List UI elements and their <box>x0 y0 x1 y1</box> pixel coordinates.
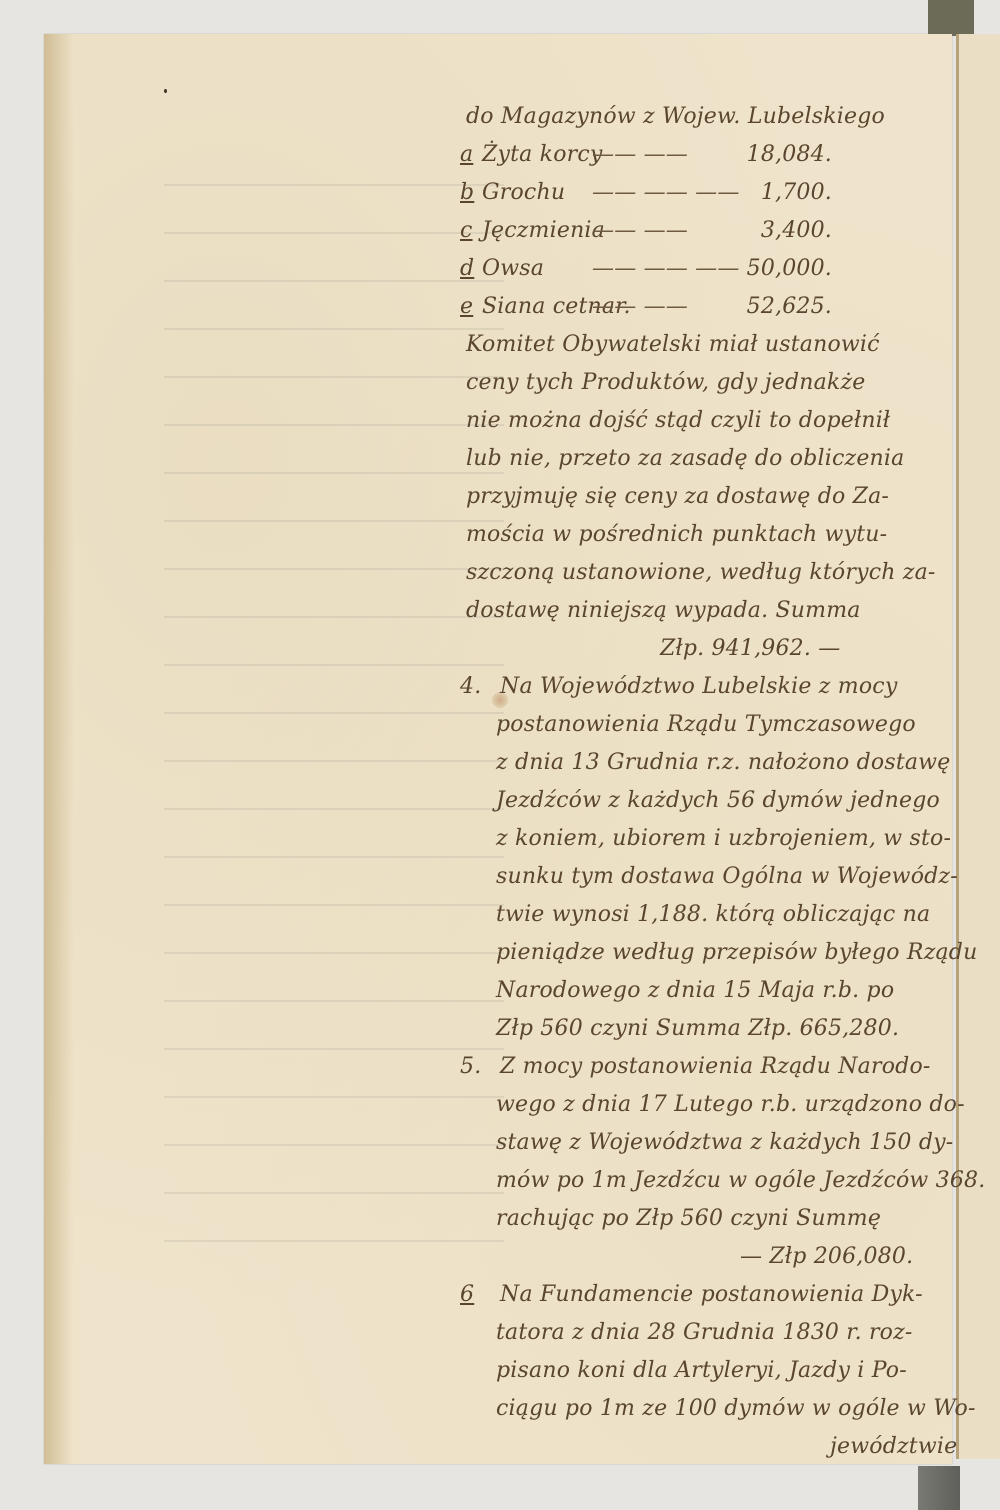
paragraph-text: Z mocy postanowienia Rządu Narodo- <box>500 1054 931 1079</box>
paragraph-line: rachując po Złp 560 czyni Summę <box>460 1200 930 1238</box>
paragraph-line: twie wynosi 1,188. którą obliczając na <box>460 896 930 934</box>
paragraph-text: Na Województwo Lubelskie z mocy <box>500 674 897 699</box>
item-letter: d <box>460 250 482 288</box>
bleed-through-text <box>164 144 504 1284</box>
paragraph-line: pisano koni dla Artyleryi, Jazdy i Po- <box>460 1352 930 1390</box>
paragraph-line: lub nie, przeto za zasadę do obliczenia <box>460 440 930 478</box>
item-value: 3,400. <box>722 212 832 250</box>
item-dashes: —— —— <box>592 288 722 326</box>
paragraph-line: szczoną ustanowione, według których za- <box>460 554 930 592</box>
paragraph-line: postanowienia Rządu Tymczasowego <box>460 706 930 744</box>
paragraph-line: przyjmuję się ceny za dostawę do Za- <box>460 478 930 516</box>
paragraph-line: mościa w pośrednich punktach wytu- <box>460 516 930 554</box>
paragraph-line: z dnia 13 Grudnia r.z. nałożono dostawę <box>460 744 930 782</box>
paragraph-line: Narodowego z dnia 15 Maja r.b. po <box>460 972 930 1010</box>
item-name: Owsa <box>482 250 592 288</box>
item-letter: b <box>460 174 482 212</box>
item-name: Jęczmienia <box>482 212 592 250</box>
paragraph-line: 4.Na Województwo Lubelskie z mocy <box>460 668 930 706</box>
adjacent-page-edge <box>956 34 1000 1459</box>
paragraph-number: 5. <box>460 1048 500 1086</box>
item-name: Żyta korcy <box>482 136 592 174</box>
paragraph-line: stawę z Województwa z każdych 150 dy- <box>460 1124 930 1162</box>
ink-dot <box>164 89 167 93</box>
paragraph-text: Na Fundamencie postanowienia Dyk- <box>500 1282 923 1307</box>
paragraph-line: Jezdźców z każdych 56 dymów jednego <box>460 782 930 820</box>
paragraph-line: ceny tych Produktów, gdy jednakże <box>460 364 930 402</box>
paragraph-line: tatora z dnia 28 Grudnia 1830 r. roz- <box>460 1314 930 1352</box>
item-value: 1,700. <box>722 174 832 212</box>
item-dashes: —— —— <box>592 136 722 174</box>
page-left-edge-discoloration <box>44 34 74 1464</box>
paragraph-line: 5.Z mocy postanowienia Rządu Narodo- <box>460 1048 930 1086</box>
item-value: 52,625. <box>722 288 832 326</box>
item-dashes: —— —— —— <box>592 250 722 288</box>
paragraph-number: 4. <box>460 668 500 706</box>
list-item: e Siana cetnar. —— —— 52,625. <box>460 288 930 326</box>
paragraph-line: 6Na Fundamencie postanowienia Dyk- <box>460 1276 930 1314</box>
list-item: d Owsa —— —— —— 50,000. <box>460 250 930 288</box>
item-dashes: —— —— <box>592 212 722 250</box>
list-item: b Grochu —— —— —— 1,700. <box>460 174 930 212</box>
item-name: Siana cetnar. <box>482 288 592 326</box>
paragraph-line: Złp 560 czyni Summa Złp. 665,280. <box>460 1010 930 1048</box>
paragraph-number: 6 <box>460 1276 500 1314</box>
list-item: a Żyta korcy —— —— 18,084. <box>460 136 930 174</box>
item-dashes: —— —— —— <box>592 174 722 212</box>
sum-line: Złp. 941,962. — <box>460 630 930 668</box>
continuation-word: jewództwie <box>460 1428 930 1466</box>
intro-line: do Magazynów z Wojew. Lubelskiego <box>460 98 930 136</box>
paragraph-line: sunku tym dostawa Ogólna w Wojewódz- <box>460 858 930 896</box>
paragraph-line: mów po 1m Jezdźcu w ogóle Jezdźców 368. <box>460 1162 930 1200</box>
paragraph-line: dostawę niniejszą wypada. Summa <box>460 592 930 630</box>
paragraph-line: nie można dojść stąd czyli to dopełnił <box>460 402 930 440</box>
item-value: 18,084. <box>722 136 832 174</box>
item-letter: c <box>460 212 482 250</box>
list-item: c Jęczmienia —— —— 3,400. <box>460 212 930 250</box>
paragraph-line: z koniem, ubiorem i uzbrojeniem, w sto- <box>460 820 930 858</box>
paragraph-line: wego z dnia 17 Lutego r.b. urządzono do- <box>460 1086 930 1124</box>
item-letter: a <box>460 136 482 174</box>
item-value: 50,000. <box>722 250 832 288</box>
binder-clip-bottom <box>918 1466 960 1510</box>
sum-line: — Złp 206,080. <box>460 1238 930 1276</box>
paragraph-line: pieniądze według przepisów byłego Rządu <box>460 934 930 972</box>
item-letter: e <box>460 288 482 326</box>
paragraph-line: Komitet Obywatelski miał ustanowić <box>460 326 930 364</box>
manuscript-text: do Magazynów z Wojew. Lubelskiego a Żyta… <box>460 98 930 1466</box>
binder-clip-top <box>928 0 974 36</box>
paragraph-line: ciągu po 1m ze 100 dymów w ogóle w Wo- <box>460 1390 930 1428</box>
item-name: Grochu <box>482 174 592 212</box>
